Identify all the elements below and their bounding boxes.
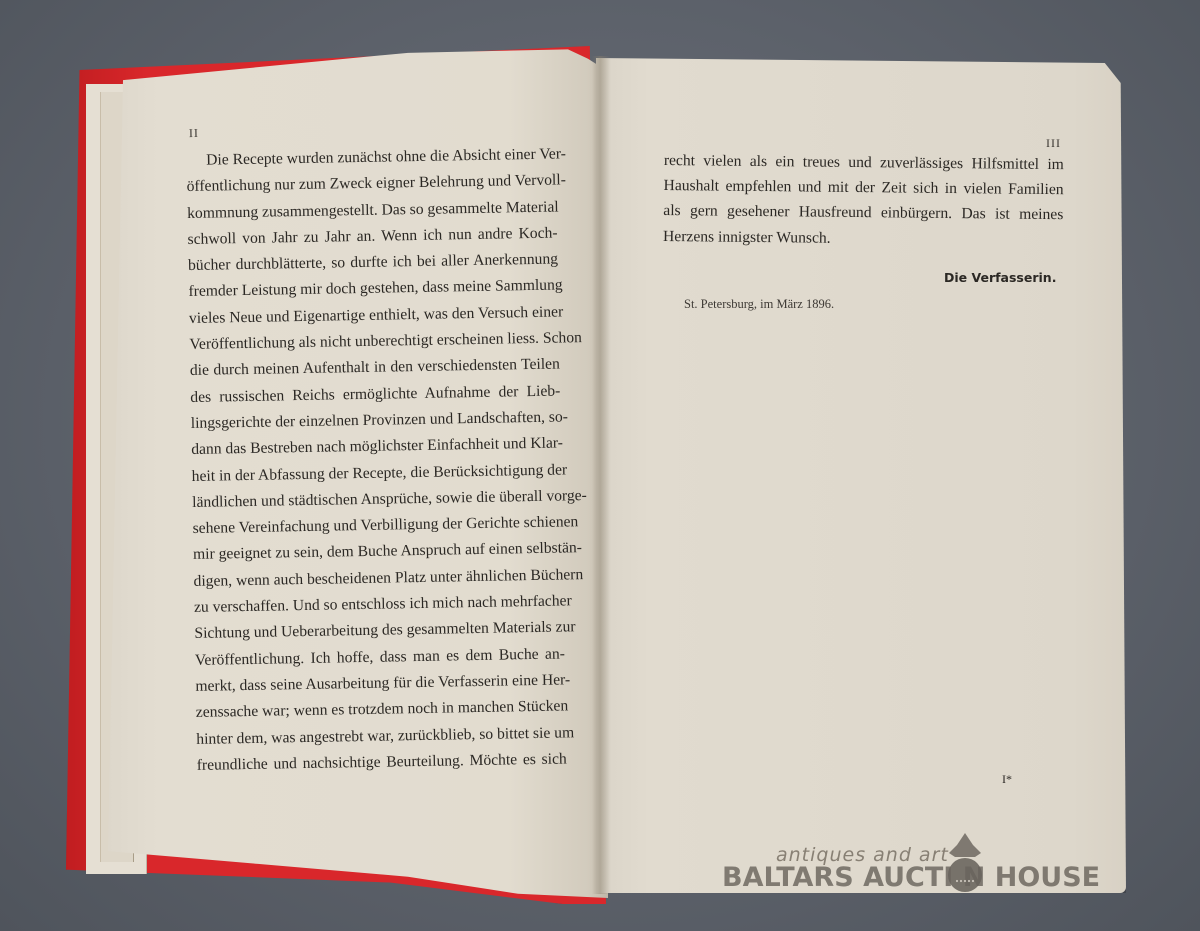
watermark-name: BALTARS AUCTI N HOUSE (722, 862, 1100, 893)
right-page-text: recht vielen als ein treues und zuverläs… (663, 148, 1064, 253)
crown-ball-icon (945, 833, 985, 893)
book-gutter (592, 56, 610, 894)
place-date-line: St. Petersburg, im März 1896. (684, 297, 834, 312)
right-folio: III (1046, 136, 1061, 151)
author-signature: Die Verfasserin. (944, 270, 1056, 285)
text-line: Herzens innigster Wunsch. (663, 224, 1063, 253)
left-folio: II (189, 126, 199, 141)
printer-signature-mark: I* (1002, 772, 1012, 787)
text-line: als gern gesehener Hausfreund einbürgern… (663, 198, 1063, 227)
book-photo: II Die Recepte wurden zunächst ohne die … (0, 0, 1200, 931)
left-page-text: Die Recepte wurden zunächst ohne die Abs… (186, 142, 567, 779)
